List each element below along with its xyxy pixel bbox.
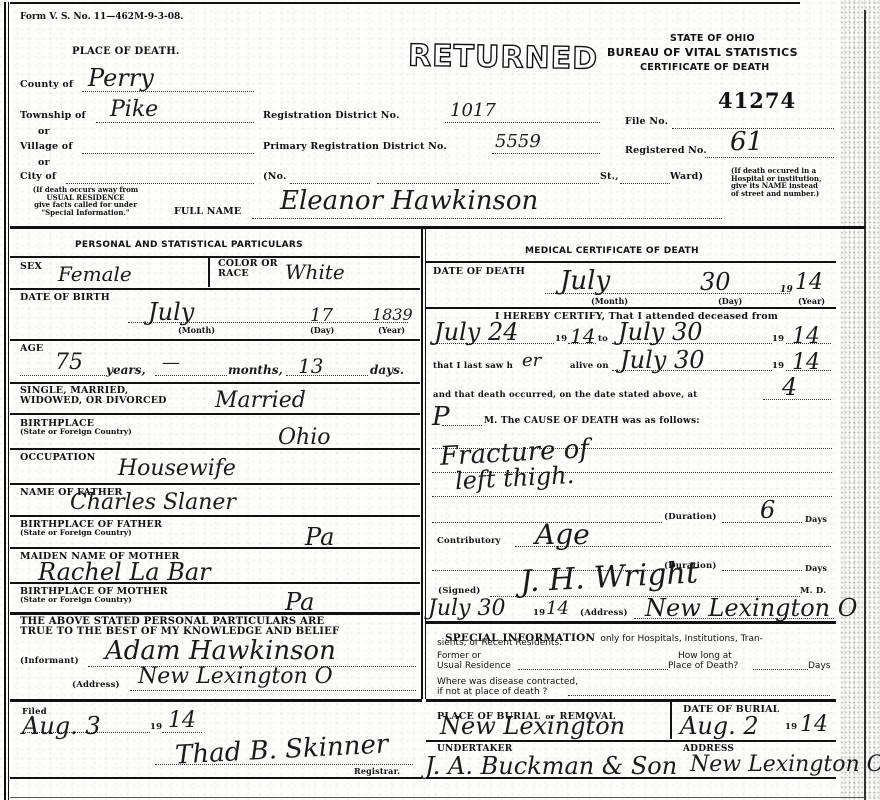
former-residence-label: Former or Usual Residence [437, 651, 511, 671]
row-divider [10, 413, 420, 415]
occupation-label: OCCUPATION [20, 452, 95, 463]
row-divider [10, 777, 422, 779]
father-birthplace-sub: (State or Foreign Country) [20, 529, 132, 537]
registration-district-line [445, 122, 600, 123]
special-information-cont: sients, or Recent Residents. [437, 638, 562, 648]
primary-district-label: Primary Registration District No. [263, 141, 447, 152]
contributory-duration-line [722, 570, 802, 571]
burial-divider [670, 701, 672, 739]
row-divider [10, 547, 420, 549]
burial-date-value: Aug. 2 [680, 712, 759, 740]
signed-label: (Signed) [438, 586, 481, 596]
dob-year-caption: (Year) [378, 325, 405, 335]
row-divider [10, 515, 420, 517]
occupation-value: Housewife [118, 456, 236, 481]
ward-label: Ward) [670, 171, 703, 182]
informant-address-value: New Lexington O [138, 664, 333, 689]
full-name-label: FULL NAME [174, 206, 241, 217]
form-number: Form V. S. No. 11—462M-9-3-08. [20, 13, 183, 21]
how-long-label: How long at Place of Death? [668, 651, 738, 671]
dob-year: 1839 [372, 305, 413, 324]
sex-race-divider [208, 257, 210, 287]
burial-year: 14 [800, 712, 828, 737]
ward-line [620, 183, 670, 184]
age-days: 13 [298, 354, 323, 378]
bottom-border [10, 797, 865, 798]
date-of-death-year-prefix: 19 [780, 285, 793, 295]
row-divider [10, 256, 420, 258]
row-divider [426, 777, 836, 779]
dob-month-caption: (Month) [178, 325, 215, 335]
sex-value: Female [58, 262, 132, 286]
physician-address: New Lexington O [645, 594, 857, 622]
age-years: 75 [55, 350, 83, 375]
marital-label: SINGLE, MARRIED, WIDOWED, OR DIVORCED [20, 386, 167, 406]
physician-address-label: (Address) [580, 608, 628, 618]
right-border [864, 10, 866, 800]
sex-label: SEX [20, 261, 42, 272]
how-long-line [753, 669, 808, 670]
last-saw-value: er [522, 350, 541, 371]
registration-district-value: 1017 [450, 100, 496, 121]
row-divider [426, 307, 836, 309]
registrar-line [155, 764, 413, 765]
attended-to: July 30 [618, 318, 702, 346]
age-label: AGE [20, 343, 43, 354]
dod-month-caption: (Month) [591, 296, 628, 306]
street-number-label: (No. [263, 171, 286, 182]
physician-signature: J. H. Wright [519, 555, 699, 599]
birthplace-value: Ohio [278, 425, 331, 450]
state-title: STATE OF OHIO [670, 33, 755, 44]
row-divider [426, 740, 836, 742]
duration-days-label: Days [805, 514, 827, 524]
informant-value: Adam Hawkinson [105, 636, 336, 666]
column-divider-1 [421, 229, 423, 699]
or-label-1: or [38, 126, 50, 137]
registered-no-value: 61 [730, 127, 763, 157]
cause-of-death-line-2: left thigh. [454, 461, 575, 495]
dob-label: DATE OF BIRTH [20, 292, 110, 303]
former-residence-line [518, 669, 668, 670]
date-of-death-month: July [560, 266, 610, 296]
signed-date: July 30 [428, 596, 505, 621]
row-divider [10, 483, 420, 485]
race-value: White [285, 260, 345, 284]
signed-year: 14 [546, 598, 569, 619]
attended-to-year-prefix: 19 [772, 334, 784, 344]
informant-label: (Informant) [20, 656, 79, 666]
street-line [377, 183, 599, 184]
registered-no-label: Registered No. [625, 145, 707, 156]
primary-district-line [492, 153, 600, 154]
left-border-outer [4, 2, 6, 800]
place-of-death-title: PLACE OF DEATH. [72, 46, 180, 57]
meridiem: P [432, 402, 450, 432]
medical-section-title: MEDICAL CERTIFICATE OF DEATH [525, 246, 699, 256]
county-value: Perry [88, 64, 154, 92]
father-name-value: Charles Slaner [70, 490, 236, 515]
returned-stamp: RETURNED [408, 38, 599, 76]
contributory-label: Contributory [437, 536, 501, 546]
attestation-text: THE ABOVE STATED PERSONAL PARTICULARS AR… [20, 617, 339, 637]
how-long-days: Days [808, 661, 830, 671]
header-separator [10, 226, 865, 229]
row-divider [10, 448, 420, 450]
attended-from: July 24 [434, 318, 518, 346]
burial-place-value: New Lexington [440, 712, 625, 740]
scan-noise [840, 0, 880, 800]
death-certificate: Form V. S. No. 11—462M-9-3-08. PLACE OF … [0, 0, 880, 800]
column-divider-2 [425, 229, 426, 699]
race-label: COLOR OR RACE [218, 259, 278, 279]
age-years-line [20, 375, 105, 376]
death-hour: 4 [782, 373, 797, 401]
duration-label: (Duration) [664, 512, 717, 522]
row-divider [10, 612, 420, 615]
contributory-value: Age [535, 518, 590, 551]
filed-year: 14 [168, 708, 196, 733]
personal-section-title: PERSONAL AND STATISTICAL PARTICULARS [75, 240, 303, 250]
date-of-death-label: DATE OF DEATH [433, 266, 525, 277]
alive-on-year: 14 [792, 350, 820, 375]
left-border-inner [8, 2, 9, 800]
mother-birthplace-sub: (State or Foreign Country) [20, 596, 132, 604]
township-line [96, 122, 254, 123]
age-months-label: months, [228, 363, 283, 377]
meridiem-line [442, 425, 482, 426]
city-label: City of [20, 171, 56, 182]
alive-on-value: July 30 [620, 346, 704, 374]
filed-separator [10, 699, 422, 702]
undertaker-value: J. A. Buckman & Son [425, 752, 677, 780]
row-divider [426, 261, 836, 263]
row-divider [10, 288, 420, 290]
certificate-title: CERTIFICATE OF DEATH [640, 62, 770, 73]
dod-day-caption: (Day) [718, 296, 742, 306]
dob-month: July [148, 298, 194, 326]
date-of-death-day: 30 [700, 268, 731, 296]
away-note: (If death occurs away from USUAL RESIDEN… [18, 186, 153, 216]
filed-date: Aug. 3 [22, 712, 101, 740]
dod-year-caption: (Year) [798, 296, 825, 306]
village-label: Village of [20, 141, 73, 152]
county-label: County of [20, 79, 73, 90]
informant-address-label: (Address) [72, 680, 120, 690]
duration-value: 6 [760, 496, 775, 524]
village-line [82, 153, 254, 154]
certificate-number: 41274 [718, 88, 796, 113]
age-months-line [155, 375, 227, 376]
dob-day-caption: (Day) [310, 325, 334, 335]
marital-value: Married [215, 388, 306, 413]
row-divider [10, 339, 420, 341]
file-no-label: File No. [625, 116, 668, 127]
township-value: Pike [110, 97, 158, 122]
informant-address-line [130, 690, 416, 691]
cause-intro: M. The CAUSE OF DEATH was as follows: [484, 416, 700, 426]
age-days-label: days. [370, 363, 404, 377]
registrar-label: Registrar. [354, 766, 400, 776]
alive-on-label: alive on [570, 361, 609, 371]
street-number-line [290, 183, 370, 184]
full-name-line [252, 218, 722, 219]
bureau-title: BUREAU OF VITAL STATISTICS [607, 46, 798, 59]
contributory-days-label: Days [805, 563, 827, 573]
city-line [66, 183, 254, 184]
burial-year-prefix: 19 [785, 722, 797, 732]
contracted-line [568, 695, 830, 696]
date-of-death-year: 14 [795, 270, 823, 295]
attended-to-year: 14 [792, 324, 820, 349]
registration-district-label: Registration District No. [263, 110, 399, 121]
row-divider [10, 582, 420, 584]
signed-year-prefix: 19 [533, 608, 545, 618]
birthplace-sub: (State or Foreign Country) [20, 428, 132, 436]
to-label: to [598, 334, 608, 344]
registered-no-line [705, 157, 834, 158]
contracted-label: Where was disease contracted, if not at … [437, 677, 578, 697]
primary-district-value: 5559 [495, 131, 541, 152]
street-label: St., [600, 171, 619, 182]
row-divider [10, 382, 420, 384]
alive-on-year-prefix: 19 [772, 361, 784, 371]
or-label-2: or [38, 157, 50, 168]
filed-year-prefix: 19 [150, 722, 162, 732]
age-years-label: years, [106, 363, 146, 377]
full-name-value: Eleanor Hawkinson [280, 186, 538, 216]
last-saw-label: that I last saw h [433, 361, 513, 371]
hospital-note: (If death occured in a Hospital or insti… [731, 167, 821, 197]
age-months: — [162, 352, 180, 373]
top-border [10, 2, 800, 4]
attended-from-year-prefix: 19 [555, 334, 567, 344]
burial-separator [426, 699, 836, 702]
undertaker-address-value: New Lexington O [690, 752, 880, 777]
dob-day: 17 [310, 305, 333, 326]
attended-from-year: 14 [570, 324, 595, 348]
township-label: Township of [20, 110, 86, 121]
special-separator [426, 621, 836, 624]
death-occurred-text: and that death occurred, on the date sta… [433, 390, 697, 400]
